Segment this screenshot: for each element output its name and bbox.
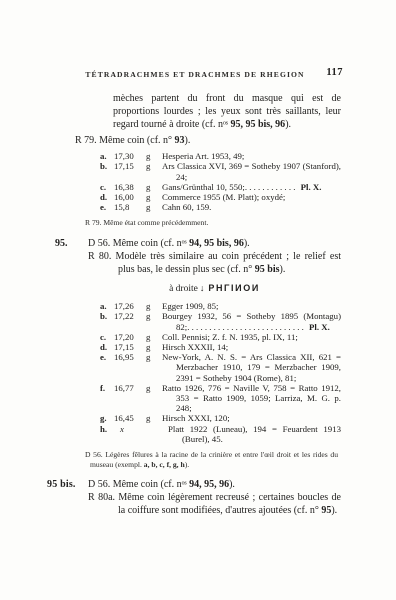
- specimen-weight: 17,22: [114, 311, 146, 331]
- specimen-weight: 16,38: [114, 182, 146, 192]
- reference-text: Coll. Pennisi; Z. f. N. 1935, pl. IX, 11…: [162, 332, 298, 342]
- entry95bis-line1-end: ).: [229, 479, 235, 490]
- specimen-unit: g: [146, 413, 162, 423]
- coin-legend-line: à droite↓PHΓIИOИ: [88, 282, 341, 296]
- footnote-text-end: ).: [185, 460, 189, 469]
- specimen-weight: 16,00: [114, 192, 146, 202]
- reference-text: New-York, A. N. S. = Ars Classica XII, 6…: [162, 352, 341, 382]
- reference-text: Hirsch XXXII, 14;: [162, 342, 228, 352]
- specimen-weight: 16,45: [114, 413, 146, 423]
- specimen-row: b.17,22gBourgey 1932, 56 = Sotheby 1895 …: [100, 311, 341, 331]
- page-number: 117: [326, 67, 343, 78]
- specimen-unit: [152, 424, 168, 444]
- specimen-unit: g: [146, 311, 162, 331]
- plate-reference: [192, 403, 195, 413]
- r79-heading-end: ).: [185, 135, 191, 146]
- specimen-weight: 17,20: [114, 332, 146, 342]
- specimen-reference: Ratto 1926, 776 = Naville V, 758 = Ratto…: [162, 383, 341, 414]
- intro-crossref: 95, 95 bis, 96: [230, 119, 285, 130]
- plate-reference: [230, 413, 233, 423]
- specimen-unit: g: [146, 192, 162, 202]
- reference-text: Ratto 1926, 776 = Naville V, 758 = Ratto…: [162, 383, 341, 413]
- reference-text: Hesperia Art. 1953, 49;: [162, 151, 244, 161]
- document-page: TÉTRADRACHMES ET DRACHMES DE RHEGION 117…: [0, 0, 396, 600]
- entry95bis-line1-crossref: 94, 95, 96: [189, 479, 229, 490]
- plate-reference: [187, 172, 190, 182]
- plate-reference: [223, 434, 226, 444]
- r79-crossref: 93: [175, 135, 185, 146]
- entry95bis-reverse-line: R 80a. Même coin légèrement recreusé ; c…: [88, 492, 341, 518]
- specimen-reference: Egger 1909, 85;: [162, 301, 341, 311]
- r79-heading: R 79. Même coin (cf. n° 93).: [75, 135, 341, 148]
- reference-text: Platt 1922 (Luneau), 194 = Feuardent 191…: [168, 424, 341, 444]
- specimen-unit: g: [146, 161, 162, 181]
- specimen-weight: 17,15: [114, 342, 146, 352]
- specimen-weight-unknown: x: [114, 424, 152, 444]
- r79-heading-text: R 79. Même coin (cf. n°: [75, 135, 175, 146]
- catalog-entry-95bis: 95 bis. D 56. Même coin (cf. nᵒˢ 94, 95,…: [88, 479, 341, 517]
- specimen-unit: g: [146, 182, 162, 192]
- specimen-weight: 15,8: [114, 202, 146, 212]
- reference-text: Gans/Grünthal 10, 550;: [162, 182, 245, 192]
- specimen-reference: Cahn 60, 159.: [162, 202, 341, 212]
- specimen-row: d.16,00gCommerce 1955 (M. Platt); oxydé;: [100, 192, 341, 202]
- entry-number: 95 bis.: [47, 479, 76, 490]
- d56-footnote: D 56. Légères fêlures à la racine de la …: [85, 450, 338, 469]
- specimen-reference: Hirsch XXXII, 14;: [162, 342, 341, 352]
- specimen-letter: c.: [100, 182, 114, 192]
- entry95-line2-crossref: 95 bis: [255, 264, 280, 275]
- specimen-row: a.17,26gEgger 1909, 85;: [100, 301, 341, 311]
- specimen-letter: c.: [100, 332, 114, 342]
- entry95-reverse-line: R 80. Modèle très similaire au coin préc…: [88, 251, 341, 277]
- reference-text: Commerce 1955 (M. Platt); oxydé;: [162, 192, 285, 202]
- specimen-row: e.15,8gCahn 60, 159.: [100, 202, 341, 212]
- specimen-letter: d.: [100, 342, 114, 352]
- plate-reference: Pl. X.: [306, 322, 330, 332]
- catalog-entry-95: 95. D 56. Même coin (cf. nᵒˢ 94, 95 bis,…: [88, 238, 341, 444]
- entry95-line1-text: D 56. Même coin (cf. nᵒˢ: [88, 238, 189, 249]
- specimen-unit: g: [146, 342, 162, 352]
- specimen-reference: Ars Classica XVI, 369 = Sotheby 1907 (St…: [162, 161, 341, 181]
- specimen-weight: 16,77: [114, 383, 146, 414]
- plate-reference: [298, 332, 301, 342]
- specimen-unit: g: [146, 332, 162, 342]
- entry-number: 95.: [55, 238, 68, 249]
- specimen-row: g.16,45gHirsch XXXI, 120;: [100, 413, 341, 423]
- specimen-reference: New-York, A. N. S. = Ars Classica XII, 6…: [162, 352, 341, 383]
- specimen-letter: e.: [100, 352, 114, 383]
- specimen-weight: 17,15: [114, 161, 146, 181]
- plate-reference: Pl. X.: [298, 182, 322, 192]
- intro-paragraph: mèches partent du front du masque qui es…: [113, 93, 341, 131]
- plate-reference: [218, 301, 221, 311]
- specimen-row: c.17,20gColl. Pennisi; Z. f. N. 1935, pl…: [100, 332, 341, 342]
- specimen-reference: Gans/Grünthal 10, 550;............Pl. X.: [162, 182, 341, 192]
- entry95-line2-text: R 80. Modèle très similaire au coin préc…: [88, 251, 341, 275]
- specimen-letter: b.: [100, 161, 114, 181]
- specimen-letter: h.: [100, 424, 114, 444]
- greek-legend: PHΓIИOИ: [206, 283, 260, 293]
- dotted-leader: ...........................: [187, 322, 306, 332]
- r79-footnote: R 79. Même état comme précédemment.: [85, 218, 338, 228]
- specimen-row: h.xPlatt 1922 (Luneau), 194 = Feuardent …: [100, 424, 341, 444]
- running-title: TÉTRADRACHMES ET DRACHMES DE RHEGION: [75, 70, 341, 79]
- specimen-weight: 17,26: [114, 301, 146, 311]
- entry95-specimen-list: a.17,26gEgger 1909, 85; b.17,22gBourgey …: [100, 301, 341, 444]
- r79-specimen-list: a.17,30gHesperia Art. 1953, 49; b.17,15g…: [100, 151, 341, 212]
- specimen-letter: e.: [100, 202, 114, 212]
- reference-text: Egger 1909, 85;: [162, 301, 218, 311]
- entry95bis-line2-end: ).: [331, 505, 337, 516]
- specimen-row: e.16,95gNew-York, A. N. S. = Ars Classic…: [100, 352, 341, 383]
- specimen-unit: g: [146, 383, 162, 414]
- specimen-reference: Hesperia Art. 1953, 49;: [162, 151, 341, 161]
- specimen-row: b.17,15gArs Classica XVI, 369 = Sotheby …: [100, 161, 341, 181]
- plate-reference: [296, 373, 299, 383]
- specimen-letter: g.: [100, 413, 114, 423]
- specimen-row: f.16,77gRatto 1926, 776 = Naville V, 758…: [100, 383, 341, 414]
- footnote-text: D 56. Légères fêlures à la racine de la …: [85, 450, 338, 469]
- plate-reference: [244, 151, 247, 161]
- specimen-reference: Coll. Pennisi; Z. f. N. 1935, pl. IX, 11…: [162, 332, 341, 342]
- page-header: TÉTRADRACHMES ET DRACHMES DE RHEGION 117: [75, 70, 341, 84]
- specimen-letter: a.: [100, 301, 114, 311]
- specimen-reference: Commerce 1955 (M. Platt); oxydé;: [162, 192, 341, 202]
- specimen-reference: Hirsch XXXI, 120;: [162, 413, 341, 423]
- specimen-weight: 16,95: [114, 352, 146, 383]
- specimen-reference: Bourgey 1932, 56 = Sotheby 1895 (Montagu…: [162, 311, 341, 331]
- specimen-weight: 17,30: [114, 151, 146, 161]
- specimen-row: d.17,15gHirsch XXXII, 14;: [100, 342, 341, 352]
- entry95bis-line1-text: D 56. Même coin (cf. nᵒˢ: [88, 479, 189, 490]
- specimen-letter: b.: [100, 311, 114, 331]
- intro-text: mèches partent du front du masque qui es…: [113, 93, 341, 130]
- entry95-line2-end: ).: [280, 264, 286, 275]
- footnote-specimen-letters: a, b, c, f, g, h: [144, 460, 185, 469]
- specimen-unit: g: [146, 151, 162, 161]
- specimen-reference: Platt 1922 (Luneau), 194 = Feuardent 191…: [168, 424, 341, 444]
- specimen-letter: a.: [100, 151, 114, 161]
- entry95bis-line2-text: R 80a. Même coin légèrement recreusé ; c…: [88, 492, 341, 516]
- entry95-obverse-line: D 56. Même coin (cf. nᵒˢ 94, 95 bis, 96)…: [88, 238, 341, 251]
- legend-position: à droite: [169, 284, 198, 294]
- specimen-unit: g: [146, 352, 162, 383]
- reference-text: Cahn 60, 159.: [162, 202, 211, 212]
- entry95bis-obverse-line: D 56. Même coin (cf. nᵒˢ 94, 95, 96).: [88, 479, 341, 492]
- entry95-line1-end: ).: [244, 238, 250, 249]
- entry95bis-line2-crossref: 95: [321, 505, 331, 516]
- specimen-letter: d.: [100, 192, 114, 202]
- specimen-letter: f.: [100, 383, 114, 414]
- specimen-row: a.17,30gHesperia Art. 1953, 49;: [100, 151, 341, 161]
- specimen-row: c.16,38gGans/Grünthal 10, 550;..........…: [100, 182, 341, 192]
- dotted-leader: ............: [245, 182, 298, 192]
- plate-reference: [285, 192, 288, 202]
- plate-reference: [211, 202, 214, 212]
- intro-text-end: ).: [285, 119, 291, 130]
- specimen-unit: g: [146, 202, 162, 212]
- specimen-unit: g: [146, 301, 162, 311]
- reference-text: Hirsch XXXI, 120;: [162, 413, 230, 423]
- plate-reference: [228, 342, 231, 352]
- entry95-line1-crossref: 94, 95 bis, 96: [189, 238, 244, 249]
- page-content: TÉTRADRACHMES ET DRACHMES DE RHEGION 117…: [75, 70, 341, 518]
